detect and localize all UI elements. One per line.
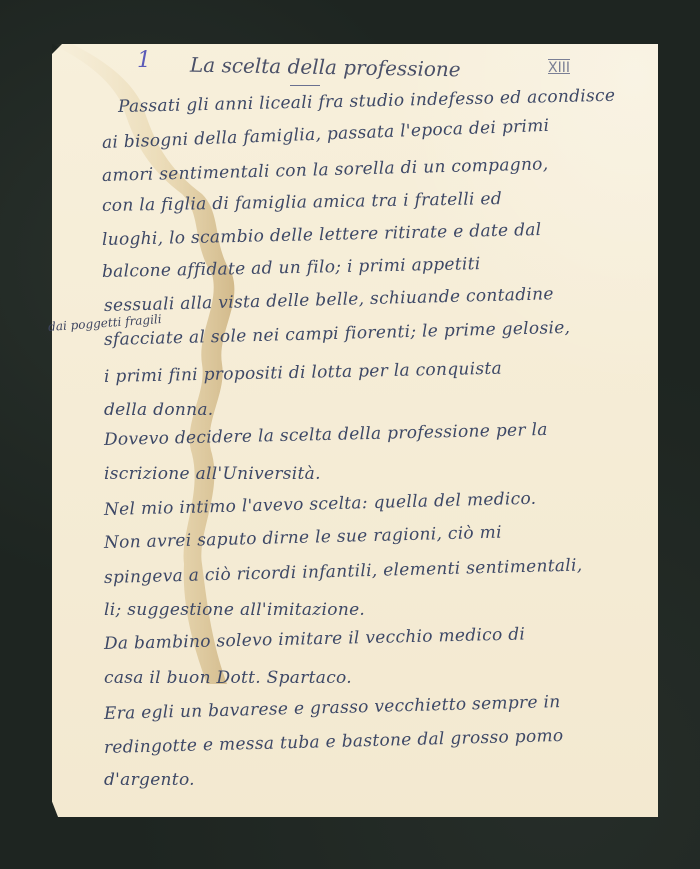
text-line: li; suggestione all'imitazione. <box>104 600 365 620</box>
corner-fold <box>52 44 62 54</box>
page-title: La scelta della professione <box>190 53 461 82</box>
text-line: d'argento. <box>104 770 195 790</box>
text-line: casa il buon Dott. Spartaco. <box>104 668 352 688</box>
page-number-mark: 1 <box>137 48 151 73</box>
chapter-numeral: XIII <box>548 60 570 76</box>
text-line: della donna. <box>104 400 214 420</box>
text-line: iscrizione all'Università. <box>104 464 321 484</box>
title-underline <box>290 85 320 86</box>
